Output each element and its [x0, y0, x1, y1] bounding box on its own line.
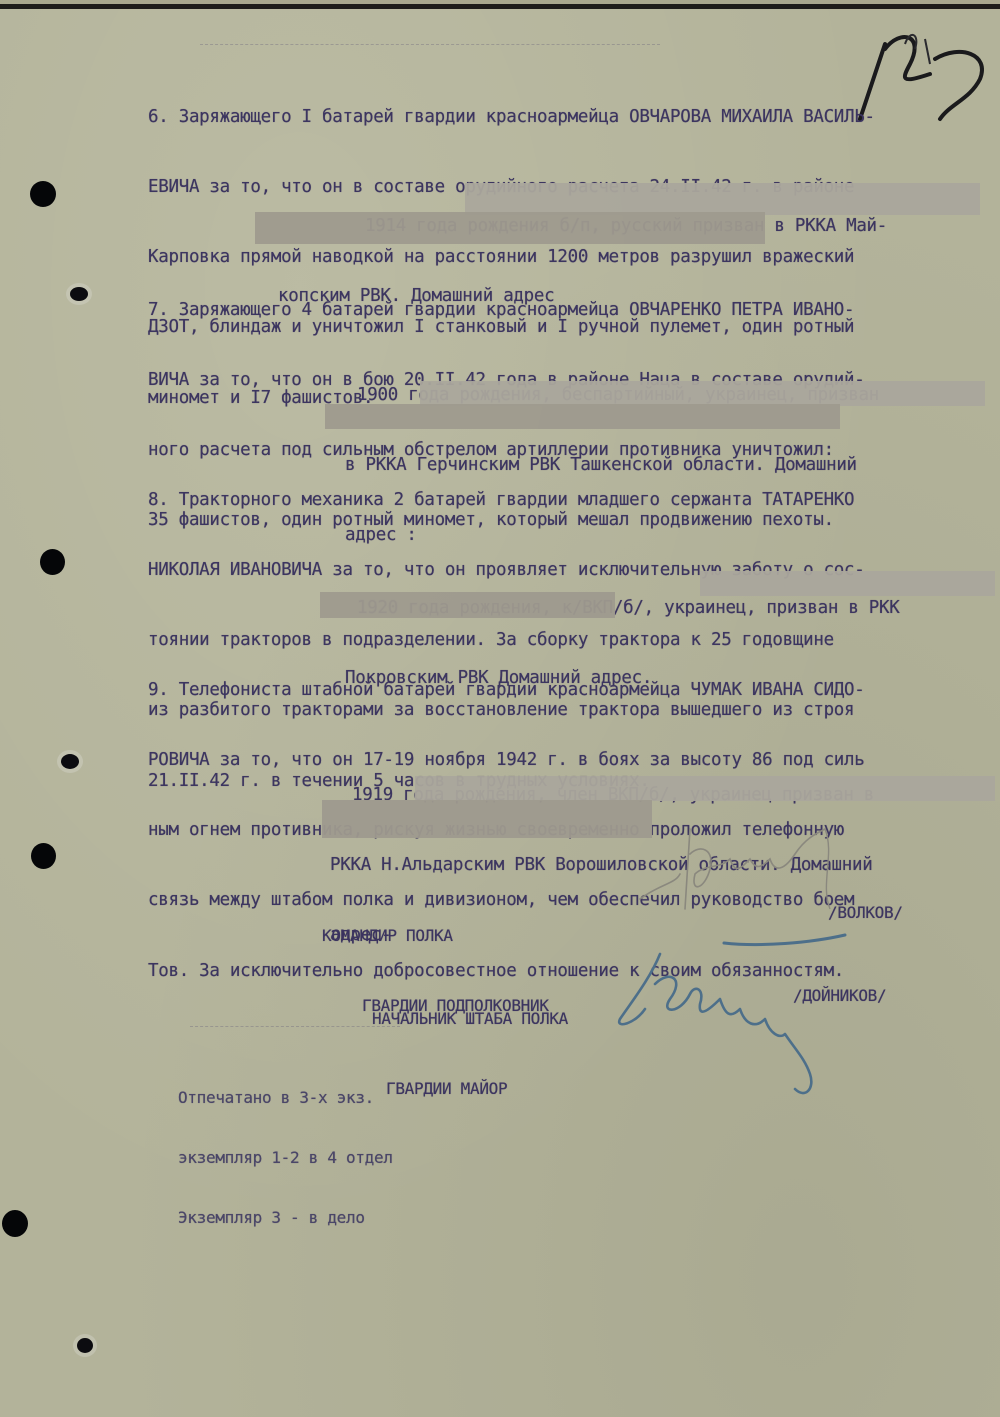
- page-top-edge: [0, 4, 1000, 9]
- redacted-address: [415, 776, 995, 801]
- binder-hole: [40, 549, 65, 575]
- redacted-address: [465, 183, 980, 215]
- commander-pencil-signature: [620, 814, 850, 914]
- entry-7-line-1: 7. Заряжающего 4 батарей гвардии красноа…: [148, 299, 865, 322]
- binder-hole: [2, 1210, 28, 1237]
- binder-hole: [30, 181, 56, 207]
- chief-of-staff-title-line-2: ГВАРДИИ МАЙОР: [372, 1077, 568, 1100]
- redacted-address: [420, 381, 985, 406]
- chief-of-staff-title: НАЧАЛЬНИК ШТАБА ПОЛКА ГВАРДИИ МАЙОР: [372, 960, 568, 1147]
- commander-title-line-1: КОМАНДИР ПОЛКА: [322, 924, 549, 947]
- entry-8-line-1: 8. Тракторного механика 2 батарей гварди…: [148, 489, 865, 512]
- chief-of-staff-title-line-1: НАЧАЛЬНИК ШТАБА ПОЛКА: [372, 1007, 568, 1030]
- distribution-line-3: Экземпляр 3 - в дело: [178, 1208, 393, 1228]
- faint-header-line: [200, 44, 660, 45]
- faint-separator: [190, 1026, 400, 1027]
- binder-hole-torn: [70, 287, 88, 301]
- redacted-address: [320, 592, 615, 618]
- chief-of-staff-name: /ДОЙНИКОВ/: [793, 984, 886, 1007]
- binder-hole-torn: [77, 1338, 93, 1353]
- distribution-list: Отпечатано в 3-х экз. экземпляр 1-2 в 4 …: [178, 1048, 393, 1268]
- binder-hole-torn: [61, 754, 79, 769]
- entry-9-line-1: 9. Телефониста штабной батарей гвардии к…: [148, 679, 865, 702]
- commander-name: /ВОЛКОВ/: [828, 901, 903, 924]
- chief-of-staff-ink-signature: [610, 949, 850, 1109]
- binder-hole: [31, 843, 56, 869]
- blue-pen-stroke: [720, 929, 850, 949]
- redacted-address: [700, 571, 995, 596]
- redacted-address: [322, 800, 652, 838]
- entry-6-line-1: 6. Заряжающего I батарей гвардии красноа…: [148, 106, 875, 129]
- distribution-line-2: экземпляр 1-2 в 4 отдел: [178, 1148, 393, 1168]
- redacted-address: [325, 404, 840, 429]
- distribution-line-1: Отпечатано в 3-х экз.: [178, 1088, 393, 1108]
- redacted-address: [255, 212, 765, 244]
- document-page: 6. Заряжающего I батарей гвардии красноа…: [0, 4, 1000, 1417]
